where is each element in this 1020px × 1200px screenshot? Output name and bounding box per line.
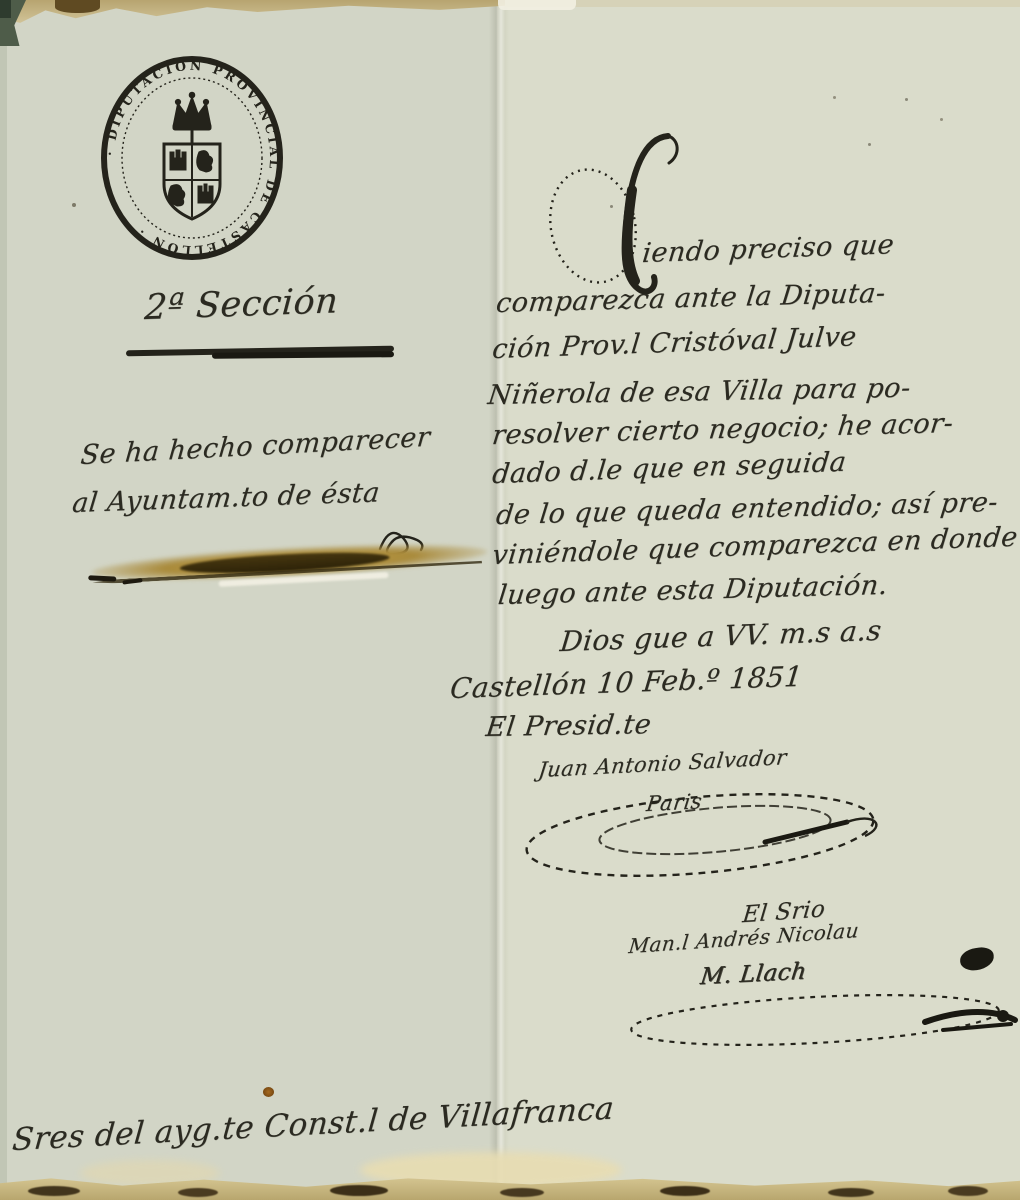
bottom-edge-spot (828, 1188, 874, 1197)
margin-note-line2: al Ayuntam.to de ésta (71, 477, 382, 519)
bottom-edge-spot (948, 1186, 988, 1196)
paper-speck (940, 118, 943, 121)
paper-speck (833, 96, 836, 99)
paper-speck (868, 143, 871, 146)
paper-speck (905, 98, 908, 101)
bottom-edge-spot (660, 1186, 710, 1196)
bottom-edge-spot (330, 1185, 388, 1196)
secretary-signature-flourish-icon (625, 990, 1020, 1050)
official-seal: · DIPUTACION PROVINCIAL DE CASTELLON · (98, 52, 288, 267)
body-initial-flourish (548, 128, 698, 303)
paper-speck (72, 203, 76, 207)
bottom-edge-spot (500, 1188, 544, 1197)
ink-smear (91, 530, 493, 607)
bottom-edge-spot (28, 1186, 80, 1196)
paper-left-edge-shadow (0, 0, 7, 1200)
stain-dot (263, 1087, 274, 1097)
seal-coat-of-arms-icon (164, 92, 220, 219)
section-underline-heavy (212, 351, 394, 359)
scanned-letter-page: · DIPUTACION PROVINCIAL DE CASTELLON · 2… (0, 0, 1020, 1200)
section-label: 2ª Sección (143, 281, 339, 328)
top-edge-brown-patch (55, 0, 100, 13)
closing-office: El Presid.te (484, 709, 653, 743)
top-edge-highlight (498, 0, 576, 10)
top-left-dark-corner (0, 0, 11, 18)
paper-speck (610, 205, 613, 208)
margin-note-line1: Se ha hecho comparecer (79, 422, 431, 472)
bottom-edge-spot (178, 1188, 218, 1197)
president-signature-flourish-icon (515, 780, 895, 880)
torn-edge-top-right (505, 0, 1020, 7)
